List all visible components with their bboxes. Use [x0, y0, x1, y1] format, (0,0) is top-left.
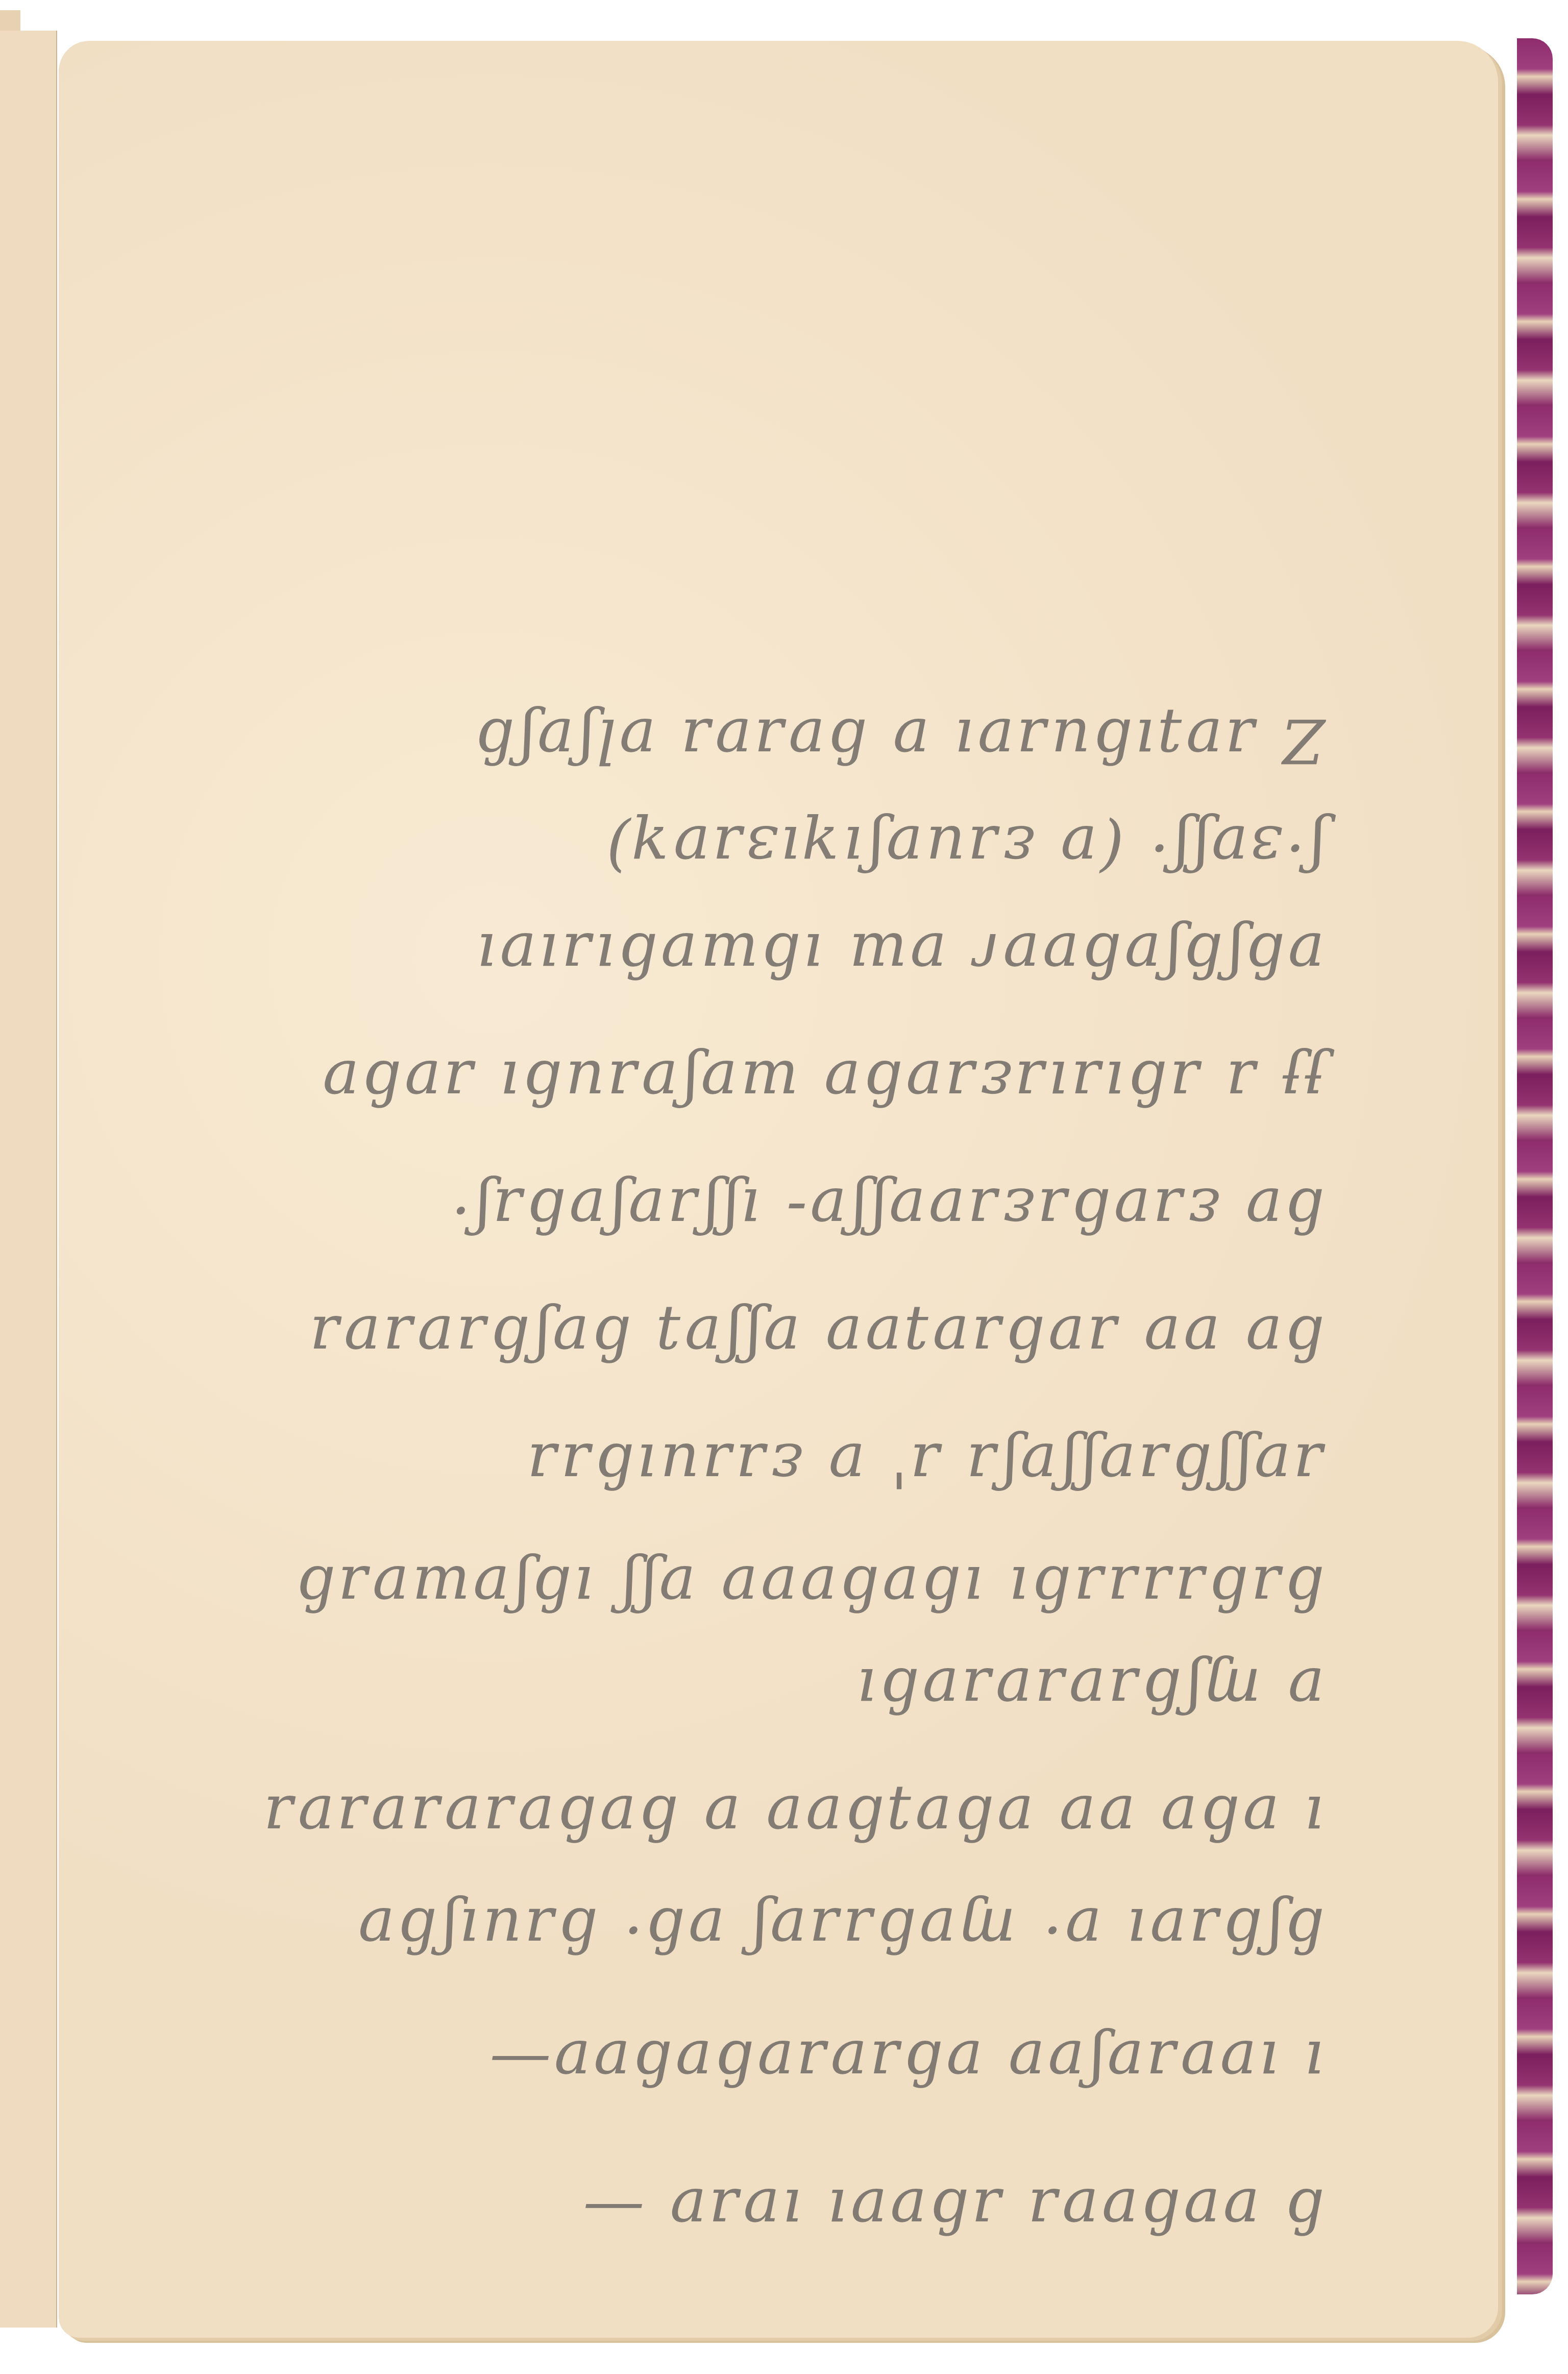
handwritten-line: ɐɓʃɓʃɐɓɐɐɾ ɐɯ ıɓɯɐɓıɹıɐı: [151, 919, 1325, 990]
handwritten-line: ɓɐ ɐɐ ɹɐɓɹɐʇɐɐ ɐʃʃɐʇ ɓɐʃɓɹɐɹɐɹ: [151, 1302, 1325, 1373]
handwritten-line: ʃ·ɜɐʃʃ· (ɐ ɛɹuɐʃıʞıɜɹɐʞ): [151, 812, 1325, 883]
handwritten-line: ı ɐɓɐ ɐɐ ɐɓɐʇɓɐɐ ɐ ɓɐɓɐɹɐɹɐɹɐɹ: [151, 1782, 1325, 1853]
handwritten-line: ɐ ɱʃɓɹɐɹɐɹɐɓı: [151, 1654, 1325, 1725]
handwritten-line: ɓɐ ɛɹɐɓɹɛɹɐɐʃʃɐ- ıʃʃɹɐʃɐɓɹʃ·: [151, 1174, 1325, 1245]
handwritten-line: ɓʃɓɹɐı ɐ· ɱɐɓɹɹɐʃ ɐɓ· ɓɹuıʃɓɐ: [151, 1894, 1325, 1965]
handwritten-line: ɓɹɓɹɹɹɹɓı ıɓɐɓɐɐɐ ɐʃʃ ıɓʃɐɯɐɹɓ: [151, 1552, 1325, 1623]
marbled-cover-edge: [1517, 38, 1553, 2294]
handwritten-line: ɹɐʃʃɓɹɐʃʃɐʃɹ ɹ' ɐ ɛɹɹuıɓɹɹ: [151, 1430, 1325, 1501]
facing-page-edge: [0, 31, 57, 2328]
handwritten-line: Ζ ɹɐʇıɓuɹɐı ɐ ɓɐɹɐɹ ɐlʃɐʃɓ: [151, 705, 1325, 776]
notebook-page: ɓ ɐɐɓɐɐɹ ɹɓɐɐı ıɐɹɐ — ı ıɐɐɹɐʃɐɐ ɐɓɹɐɹɐɓ…: [59, 41, 1498, 2338]
handwritten-line: ɓ ɐɐɓɐɐɹ ɹɓɐɐı ıɐɹɐ —: [151, 2175, 1325, 2246]
handwritten-line: ɟɟ ɹ ɹɓıɹıɹɛɹɐɓɐ ɯɐʃɐɹuɓı ɹɐɓɐ: [151, 1047, 1325, 1118]
handwritten-line: ı ıɐɐɹɐʃɐɐ ɐɓɹɐɹɐɓɐɓɐɐ—: [151, 2027, 1325, 2098]
handwritten-text-block: ɓ ɐɐɓɐɐɹ ɹɓɐɐı ıɐɹɐ — ı ıɐɐɹɐʃɐɐ ɐɓɹɐɹɐɓ…: [59, 41, 1498, 2338]
